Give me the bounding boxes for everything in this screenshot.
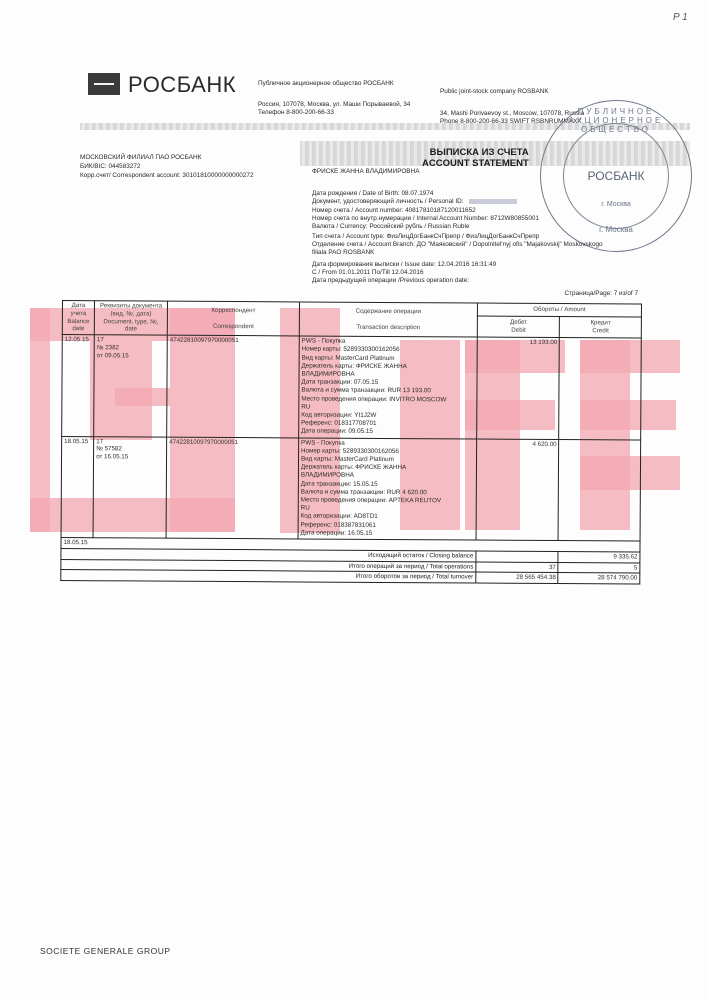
description-line: Дата операции: 16.05.15: [300, 529, 473, 538]
header-correspondent: Корреспондент Correspondent: [167, 301, 299, 336]
rosbank-logo-icon: [88, 73, 120, 95]
header-debit: ДебетDebit: [477, 316, 560, 338]
redacted-block: [469, 199, 517, 204]
bank-name-ru: Публичное акционерное общество РОСБАНК: [258, 80, 394, 88]
header-amount: Обороты / Amount: [477, 303, 641, 317]
page-number: Страница/Page: 7 из/of 7: [565, 290, 638, 298]
document-details: 17№ 57582от 16.05.15: [93, 436, 167, 538]
bank-name-en: Public joint-stock company ROSBANK: [440, 88, 549, 96]
total-operations-debit: 37: [476, 562, 559, 573]
footer-group-name: SOCIETE GENERALE GROUP: [40, 946, 171, 956]
total-turnover-credit: 28 574 790.00: [558, 573, 640, 584]
table-row: 12.05.15 17№ 2382от 09.05.15474228100979…: [62, 335, 642, 440]
personal-id: Документ, удостоверяющий личность / Pers…: [312, 198, 517, 206]
account-branch-cont: filiala PAO ROSBANK: [312, 249, 374, 257]
description-line: Место проведения операции: APTEKA REUTOV: [301, 497, 474, 506]
total-turnover-row: Итого оборотов за период / Total turnove…: [61, 570, 640, 584]
document-details: 17№ 2382от 09.05.15: [94, 335, 168, 437]
branch-bic: БИК/BIC: 044583272: [80, 163, 140, 171]
debit-amount: 13 193.00: [477, 337, 560, 439]
previous-operation-date: Дата предыдущей операции /Previous opera…: [312, 277, 469, 285]
stamp-city: г. Москва: [541, 201, 691, 208]
header-document: Реквизиты документа (вид, №, дата) Docum…: [94, 301, 167, 336]
bank-phone-ru: Телефон 8-800-200-66-33: [258, 109, 334, 117]
transaction-description: PWS - ПокупкаНомер карты: 52893303001620…: [298, 438, 477, 541]
credit-amount: [559, 439, 641, 541]
closing-balance-credit: 9 335.62: [558, 551, 640, 562]
bank-logo-text: РОСБАНК: [128, 72, 236, 98]
branch-name: МОСКОВСКИЙ ФИЛИАЛ ПАО РОСБАНК: [80, 154, 201, 162]
total-turnover-debit: 28 565 454.38: [476, 572, 559, 583]
correspondent-account: 47422810097970000051: [166, 437, 298, 539]
stamp-center-text: РОСБАНК: [541, 169, 691, 183]
statement-table: Дата учета Balance date Реквизиты докуме…: [60, 300, 642, 585]
correspondent-account: 47422810097970000051: [167, 335, 299, 437]
description-line: Место проведения операции: INVITRO MOSCO…: [301, 395, 474, 404]
credit-amount: [559, 338, 641, 440]
currency: Валюта / Currency: Российский рубль / Ru…: [312, 223, 469, 231]
stamp-city-outer: г. Москва: [541, 225, 691, 234]
total-operations-credit: 5: [558, 562, 640, 573]
description-line: Дата операции: 09.05.15: [301, 428, 474, 437]
balance-date: 18.05.15: [61, 436, 94, 538]
debit-amount: 4 620.00: [476, 439, 559, 541]
total-turnover-label: Итого оборотов за период / Total turnove…: [61, 570, 476, 583]
statement-title: ВЫПИСКА ИЗ СЧЕТА ACCOUNT STATEMENT: [422, 147, 529, 169]
closing-balance-debit: [476, 551, 559, 562]
transaction-description: PWS - ПокупкаНомер карты: 52893303001620…: [299, 336, 478, 439]
handwritten-page-mark: P 1: [673, 12, 688, 23]
balance-date: 12.05.15: [62, 335, 95, 437]
header-balance-date: Дата учета Balance date: [62, 301, 94, 335]
header-credit: КредитCredit: [560, 316, 642, 338]
statement-title-en: ACCOUNT STATEMENT: [422, 158, 529, 169]
personal-id-label: Документ, удостоверяющий личность / Pers…: [312, 198, 464, 205]
header-description: Содержание операции Transaction descript…: [299, 302, 477, 337]
account-holder: ФРИСКЕ ЖАННА ВЛАДИМИРОВНА: [312, 168, 419, 176]
branch-correspondent-account: Корр.счет/ Correspondent account: 301018…: [80, 172, 254, 180]
statement-title-ru: ВЫПИСКА ИЗ СЧЕТА: [422, 147, 529, 158]
table-row: 18.05.15 17№ 57582от 16.05.1547422810097…: [61, 436, 641, 541]
bank-stamp: ПУБЛИЧНОЕ АКЦИОНЕРНОЕ ОБЩЕСТВО РОСБАНК г…: [540, 100, 692, 252]
